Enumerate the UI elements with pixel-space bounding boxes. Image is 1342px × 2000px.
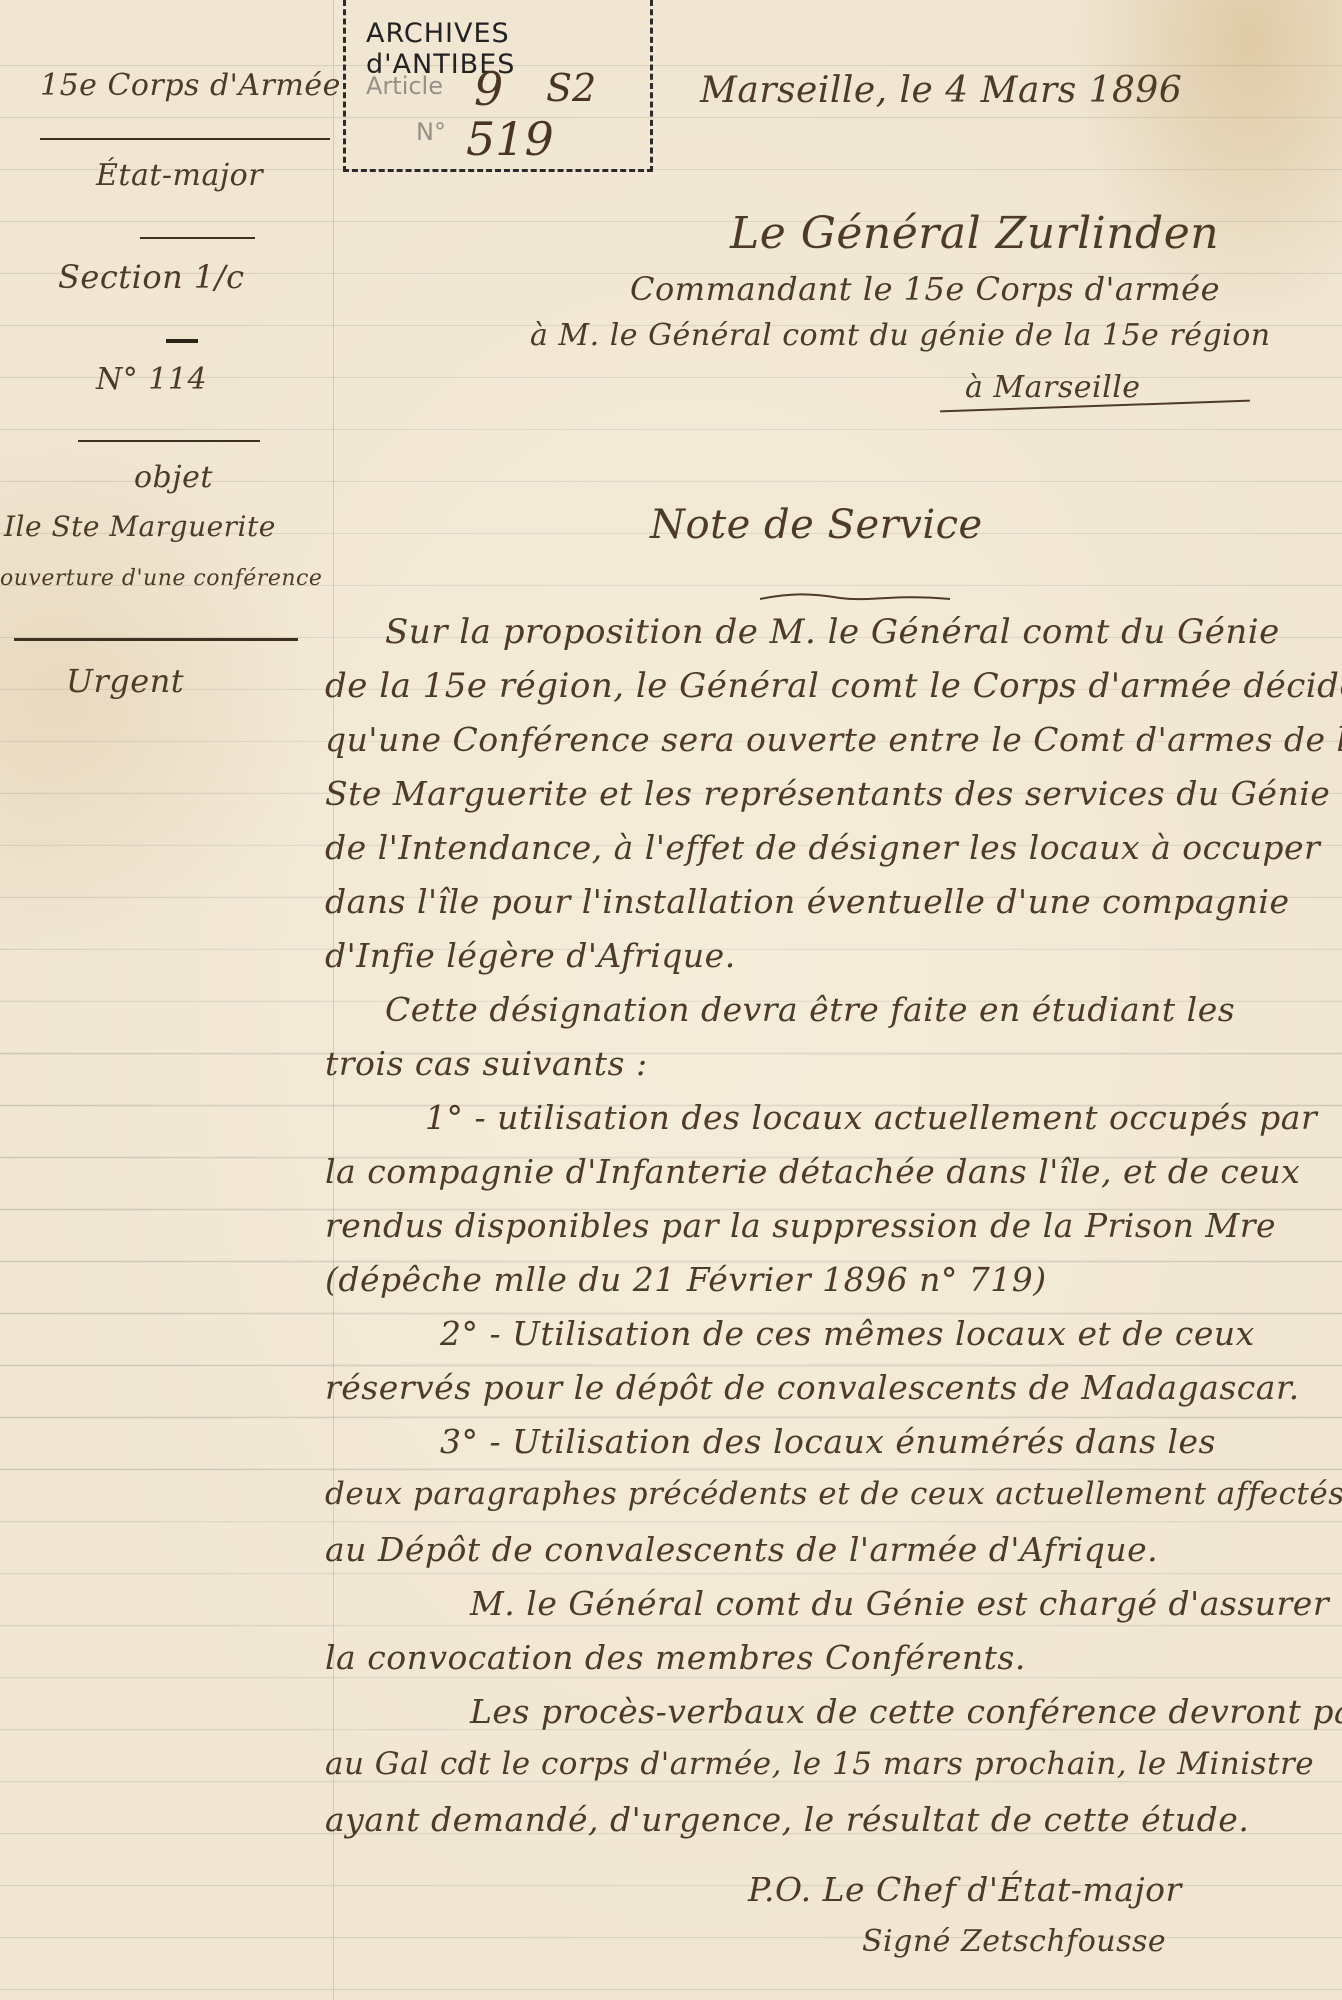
objet-label: objet [134, 460, 213, 495]
body-line: ayant demandé, d'urgence, le résultat de… [325, 1800, 1249, 1839]
body-line: dans l'île pour l'installation éventuell… [325, 882, 1290, 921]
stamp-title: ARCHIVES d'ANTIBES [366, 18, 650, 80]
document-page: ARCHIVES d'ANTIBES Article 9 S2 N° 519 1… [0, 0, 1342, 2000]
objet-line-1: Ile Ste Marguerite [4, 510, 276, 543]
body-line: Ste Marguerite et les représentants des … [325, 774, 1342, 813]
divider [14, 638, 298, 641]
body-line: M. le Général comt du Génie est chargé d… [470, 1584, 1329, 1623]
objet-line-2: ouverture d'une conférence [0, 566, 322, 591]
body-line: la compagnie d'Infanterie détachée dans … [325, 1152, 1300, 1191]
divider [166, 339, 198, 343]
body-line: qu'une Conférence sera ouverte entre le … [325, 720, 1342, 759]
signature-name: Signé Zetschfousse [862, 1924, 1166, 1959]
body-line: d'Infie légère d'Afrique. [325, 936, 736, 975]
body-line: 1° - utilisation des locaux actuellement… [425, 1098, 1317, 1137]
body-line: Cette désignation devra être faite en ét… [385, 990, 1235, 1029]
body-line: Sur la proposition de M. le Général comt… [385, 612, 1280, 652]
stamp-number-value: 519 [466, 112, 554, 166]
sender-title: Commandant le 15e Corps d'armée [630, 270, 1220, 308]
stamp-article-value: 9 [474, 62, 503, 116]
body-line: 2° - Utilisation de ces mêmes locaux et … [440, 1314, 1255, 1353]
body-line: (dépêche mlle du 21 Février 1896 n° 719) [325, 1260, 1047, 1299]
divider [140, 237, 255, 239]
document-title: Note de Service [650, 502, 983, 548]
section-label: Section 1/c [58, 258, 244, 296]
divider [40, 138, 330, 140]
document-number: N° 114 [96, 362, 207, 397]
corps-label: 15e Corps d'Armée [40, 68, 341, 103]
body-line: rendus disponibles par la suppression de… [325, 1206, 1276, 1245]
body-line: trois cas suivants : [325, 1044, 648, 1083]
body-line: réservés pour le dépôt de convalescents … [325, 1368, 1300, 1407]
sender-name: Le Général Zurlinden [730, 208, 1219, 259]
recipient-city: à Marseille [965, 370, 1141, 405]
body-line: au Gal cdt le corps d'armée, le 15 mars … [325, 1746, 1314, 1782]
signature-title: P.O. Le Chef d'État-major [748, 1870, 1182, 1909]
priority-label: Urgent [66, 662, 184, 700]
body-line: la convocation des membres Conférents. [325, 1638, 1026, 1677]
body-line: 3° - Utilisation des locaux énumérés dan… [440, 1422, 1216, 1461]
archive-stamp: ARCHIVES d'ANTIBES Article 9 S2 N° 519 [343, 0, 653, 172]
place-date: Marseille, le 4 Mars 1896 [700, 70, 1182, 111]
body-line: de la 15e région, le Général comt le Cor… [325, 666, 1342, 706]
stamp-number-label: N° [416, 118, 446, 146]
margin-rule [333, 0, 334, 2000]
body-line: de l'Intendance, à l'effet de désigner l… [325, 828, 1320, 867]
divider [78, 440, 260, 442]
body-line: deux paragraphes précédents et de ceux a… [325, 1476, 1342, 1512]
recipient: à M. le Général comt du génie de la 15e … [530, 318, 1271, 353]
title-flourish [760, 592, 950, 602]
body-line: Les procès-verbaux de cette conférence d… [470, 1692, 1342, 1731]
stamp-series: S2 [546, 66, 596, 110]
body-line: au Dépôt de convalescents de l'armée d'A… [325, 1530, 1158, 1569]
stamp-article-label: Article [366, 72, 443, 100]
etat-major-label: État-major [96, 158, 263, 193]
